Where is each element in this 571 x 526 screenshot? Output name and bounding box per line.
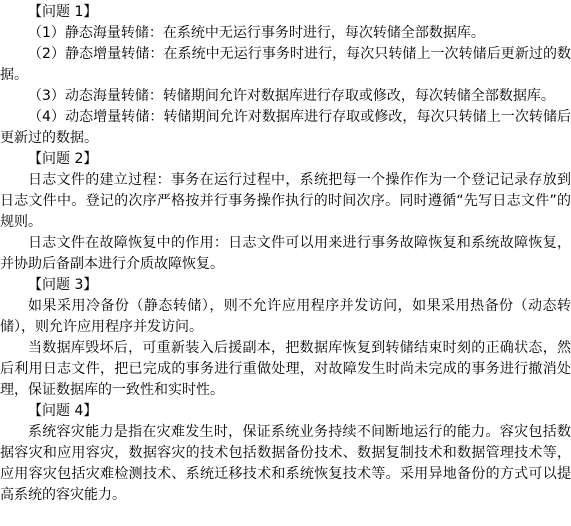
- paragraph: （4）动态增量转储：转储期间允许对数据库进行存取或修改，每次只转储上一次转储后更…: [0, 107, 571, 149]
- paragraph: 如果采用冷备份（静态转储），则不允许应用程序并发访问，如果采用热备份（动态转储）…: [0, 296, 571, 338]
- paragraph: 日志文件在故障恢复中的作用：日志文件可以用来进行事务故障恢复和系统故障恢复，并协…: [0, 233, 571, 275]
- section-problem-4: 【问题 4】 系统容灾能力是指在灾难发生时，保证系统业务持续不间断地运行的能力。…: [0, 401, 571, 506]
- paragraph: （3）动态海量转储：转储期间允许对数据库进行存取或修改，每次转储全部数据库。: [0, 86, 571, 107]
- section-heading: 【问题 3】: [0, 275, 571, 296]
- paragraph: 系统容灾能力是指在灾难发生时，保证系统业务持续不间断地运行的能力。容灾包括数据容…: [0, 422, 571, 506]
- section-heading: 【问题 4】: [0, 401, 571, 422]
- paragraph: 当数据库毁坏后，可重新装入后援副本，把数据库恢复到转储结束时刻的正确状态，然后利…: [0, 338, 571, 401]
- section-heading: 【问题 1】: [0, 2, 571, 23]
- paragraph: 日志文件的建立过程：事务在运行过程中，系统把每一个操作作为一个登记记录存放到日志…: [0, 170, 571, 233]
- document: 【问题 1】 （1）静态海量转储：在系统中无运行事务时进行，每次转储全部数据库。…: [0, 0, 571, 506]
- section-heading: 【问题 2】: [0, 149, 571, 170]
- section-problem-2: 【问题 2】 日志文件的建立过程：事务在运行过程中，系统把每一个操作作为一个登记…: [0, 149, 571, 275]
- paragraph: （2）静态增量转储：在系统中无运行事务时进行，每次只转储上一次转储后更新过的数据…: [0, 44, 571, 86]
- section-problem-3: 【问题 3】 如果采用冷备份（静态转储），则不允许应用程序并发访问，如果采用热备…: [0, 275, 571, 401]
- paragraph: （1）静态海量转储：在系统中无运行事务时进行，每次转储全部数据库。: [0, 23, 571, 44]
- section-problem-1: 【问题 1】 （1）静态海量转储：在系统中无运行事务时进行，每次转储全部数据库。…: [0, 2, 571, 149]
